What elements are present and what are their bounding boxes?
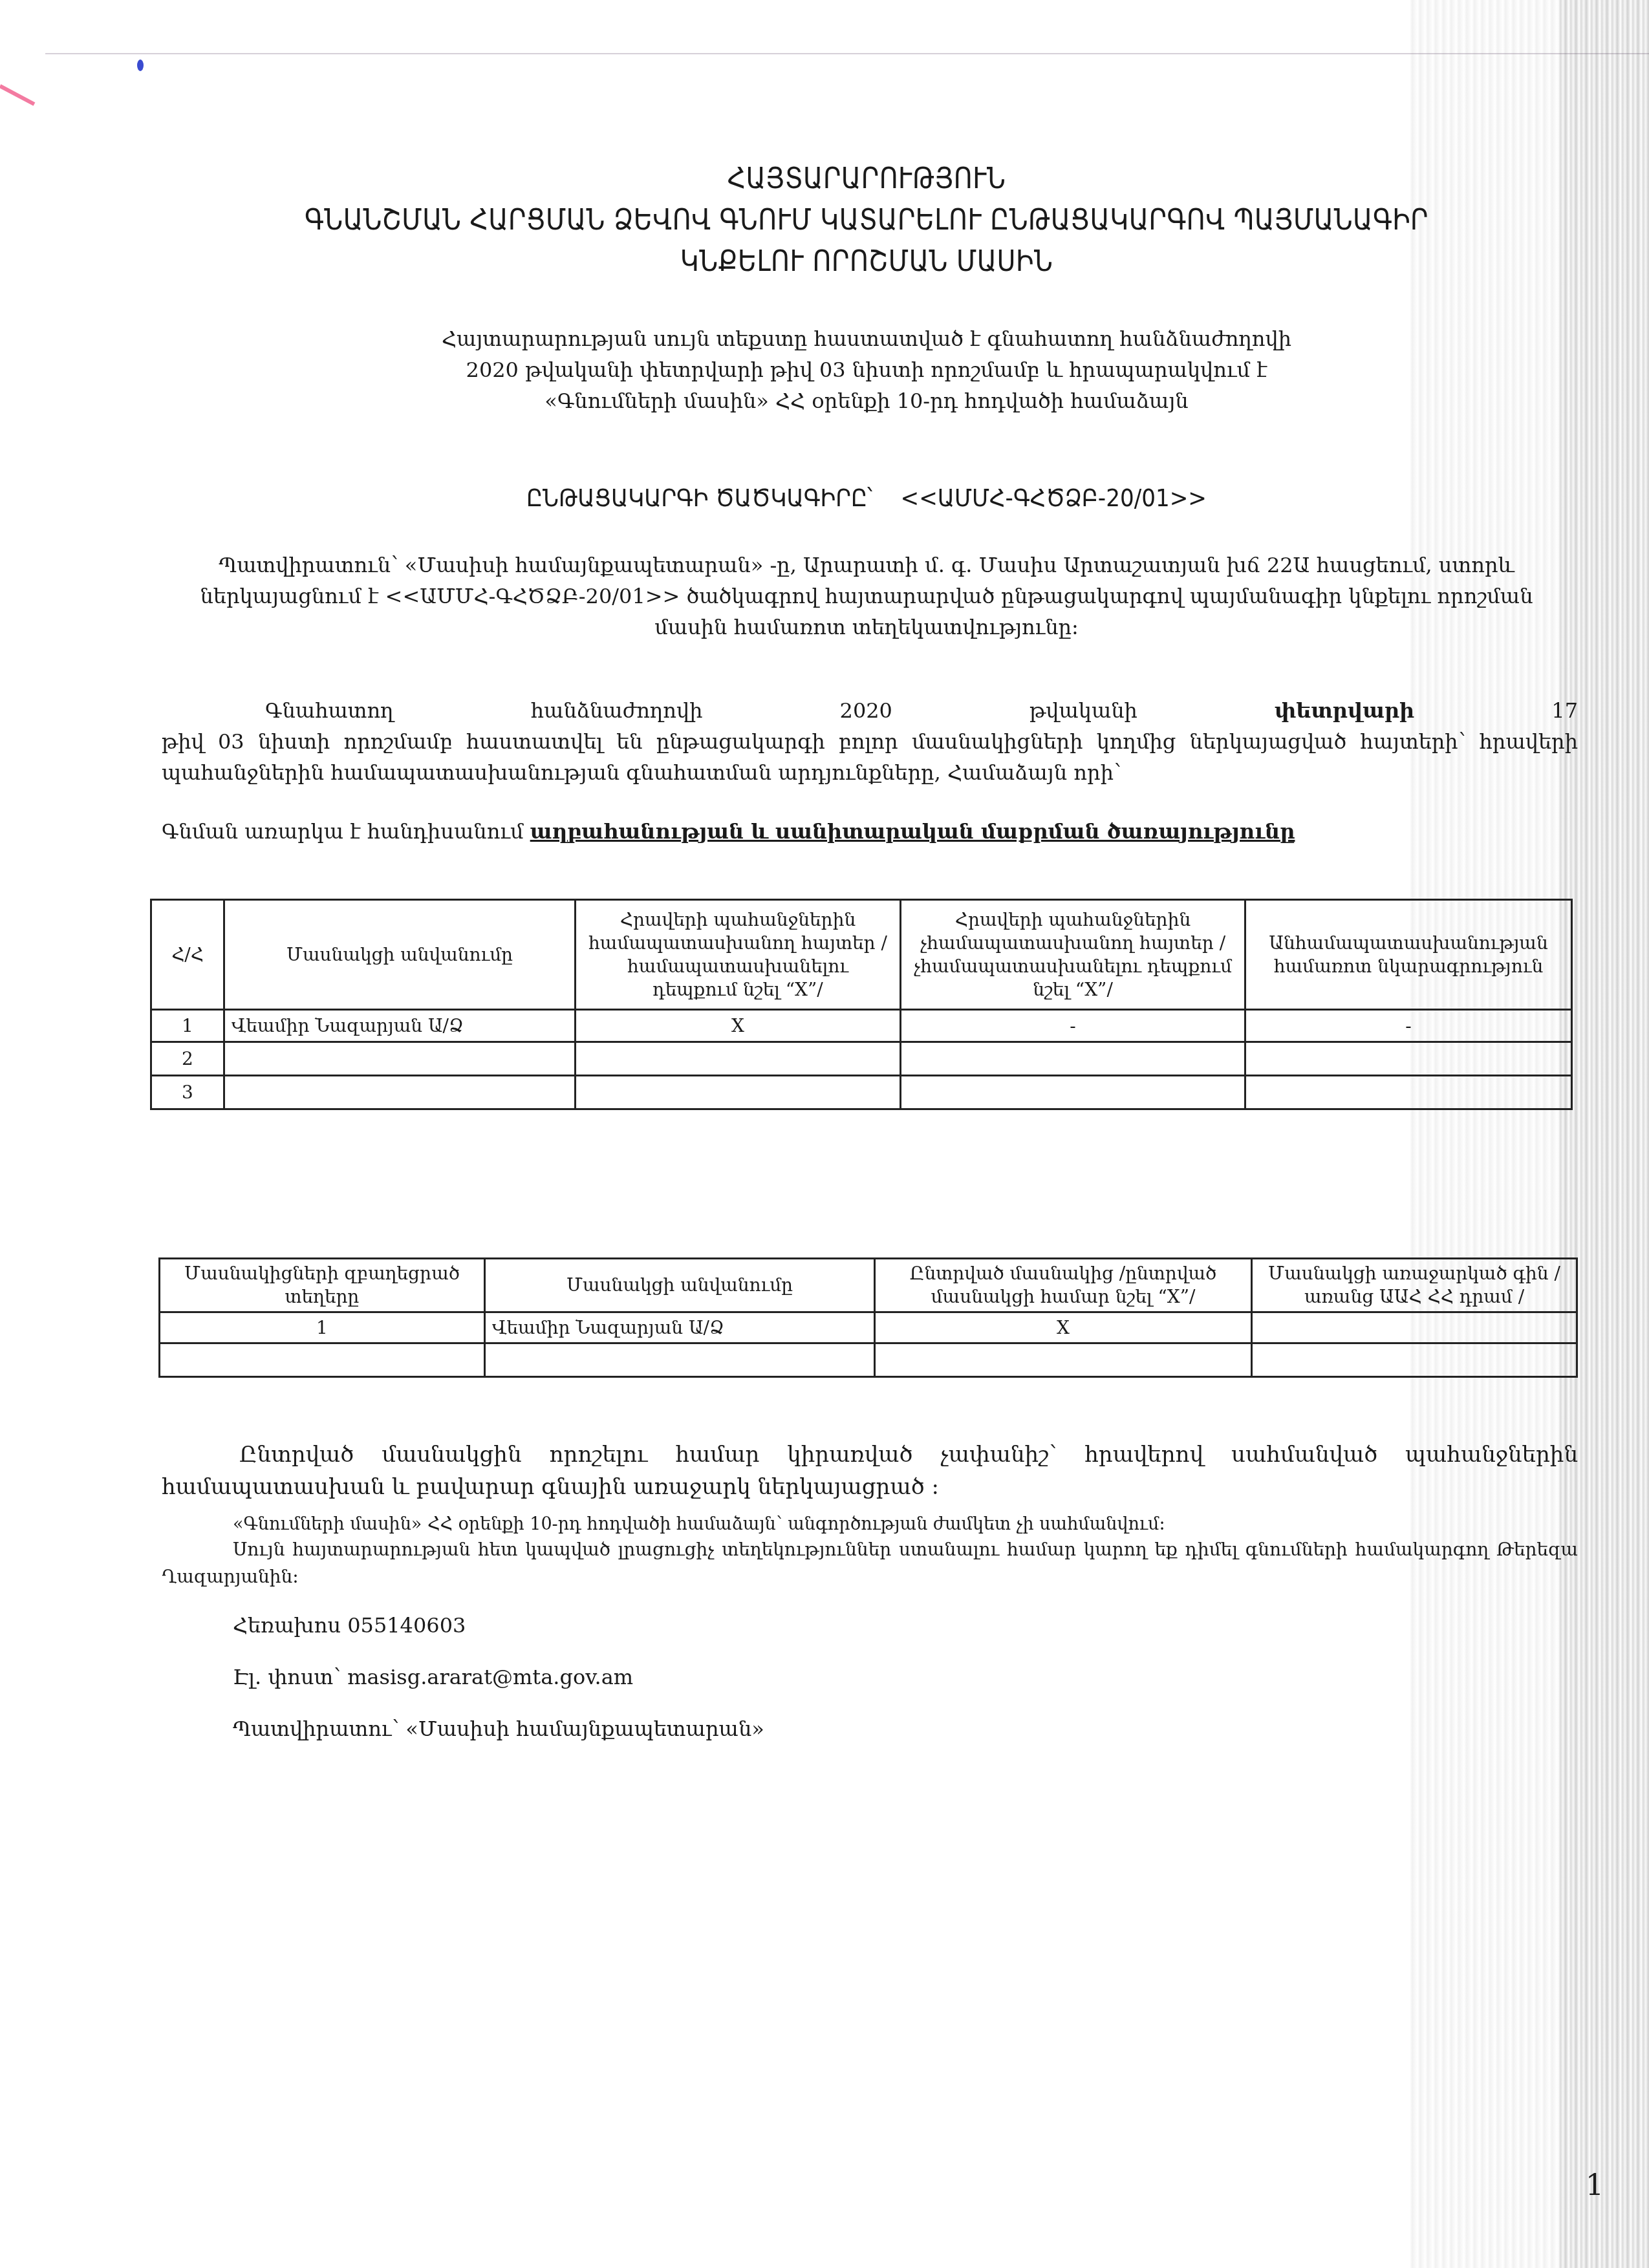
cell-participant: Վեամիր Նազարյան Ա/Ձ	[485, 1312, 875, 1343]
bids-evaluation-table: Հ/Հ Մասնակցի անվանումը Հրավերի պահանջներ…	[150, 899, 1573, 1110]
approval-note: Հայտարարության սույն տեքստը հաստատված է …	[149, 323, 1584, 416]
standstill-note: «Գնումների մասին» ՀՀ օրենքի 10-րդ հոդված…	[233, 1512, 1649, 1537]
title-line: ՀԱՅՏԱՐԱՐՈՒԹՅՈՒՆ	[149, 158, 1584, 200]
header-cell: Հրավերի պահանջներին համապատասխանող հայտե…	[576, 900, 901, 1010]
procedure-code: <<ԱՄՄՀ-ԳՀԾՁԲ-20/01>>	[900, 484, 1207, 512]
procurement-subject: Գնման առարկա է հանդիսանում աղբահանության…	[162, 816, 1597, 847]
table-row: 2	[151, 1042, 1572, 1076]
table-header-row: Մասնակիցների զբաղեցրած տեղերը Մասնակցի ա…	[160, 1259, 1577, 1312]
document-title: ՀԱՅՏԱՐԱՐՈՒԹՅՈՒՆ ԳՆԱՆՇՄԱՆ ՀԱՐՑՄԱՆ ՁԵՎՈՎ Գ…	[149, 158, 1584, 283]
cell-description: -	[1245, 1010, 1572, 1042]
table-header-row: Հ/Հ Մասնակցի անվանումը Հրավերի պահանջներ…	[151, 900, 1572, 1010]
header-cell: Անհամապատասխանության համառոտ նկարագրությ…	[1245, 900, 1572, 1010]
contact-phone: Հեռախոս 055140603	[233, 1610, 1649, 1641]
table-row: 1 Վեամիր Նազարյան Ա/Ձ X	[160, 1312, 1577, 1343]
cell-noncompliant: -	[901, 1010, 1245, 1042]
header-cell: Հ/Հ	[151, 900, 224, 1010]
procedure-code-label: ԸՆԹԱՑԱԿԱՐԳԻ ԾԱԾԿԱԳԻՐԸ՝	[526, 484, 872, 512]
evaluation-first-line: Գնահատող հանձնաժողովի 2020 թվականի փետրվ…	[162, 695, 1578, 726]
table-row: 1 Վեամիր Նազարյան Ա/Ձ X - -	[151, 1010, 1572, 1042]
ink-mark	[137, 59, 144, 71]
customer-intro: Պատվիրատուն՝ «Մասիսի համայնքապետարան» -ը…	[162, 550, 1571, 643]
cell-index: 2	[151, 1042, 224, 1076]
evaluation-rest: թիվ 03 նիստի որոշմամբ հաստատվել են ընթաց…	[162, 726, 1578, 788]
subject-value: աղբահանության և սանիտարական մաքրման ծառա…	[530, 819, 1295, 844]
cell-index: 1	[151, 1010, 224, 1042]
cell-noncompliant	[901, 1076, 1245, 1109]
word: փետրվարի	[1275, 695, 1414, 726]
cell-compliant	[576, 1076, 901, 1109]
cell-participant	[224, 1076, 576, 1109]
cell-place: 1	[160, 1312, 485, 1343]
cell-index: 3	[151, 1076, 224, 1109]
approval-line: Հայտարարության սույն տեքստը հաստատված է …	[149, 323, 1584, 354]
winner-table: Մասնակիցների զբաղեցրած տեղերը Մասնակցի ա…	[158, 1257, 1578, 1378]
header-cell: Մասնակցի առաջարկած գին /առանց ԱԱՀ ՀՀ դրա…	[1252, 1259, 1577, 1312]
cell-participant	[485, 1343, 875, 1377]
table-row: 3	[151, 1076, 1572, 1109]
header-cell: Մասնակցի անվանումը	[224, 900, 576, 1010]
word: թվականի	[1029, 695, 1137, 726]
word: Գնահատող	[265, 695, 394, 726]
cell-price	[1252, 1343, 1577, 1377]
cell-participant	[224, 1042, 576, 1076]
title-line: ԿՆՔԵԼՈՒ ՈՐՈՇՄԱՆ ՄԱՍԻՆ	[149, 241, 1584, 283]
header-cell: Հրավերի պահանջներին չհամապատասխանող հայտ…	[901, 900, 1245, 1010]
cell-price	[1252, 1312, 1577, 1343]
approval-line: «Գնումների մասին» ՀՀ օրենքի 10-րդ հոդված…	[149, 385, 1584, 416]
title-line: ԳՆԱՆՇՄԱՆ ՀԱՐՑՄԱՆ ՁԵՎՈՎ ԳՆՈՒՄ ԿԱՏԱՐԵԼՈՒ Ը…	[149, 200, 1584, 241]
table-row	[160, 1343, 1577, 1377]
procedure-code-heading: ԸՆԹԱՑԱԿԱՐԳԻ ԾԱԾԿԱԳԻՐԸ՝ <<ԱՄՄՀ-ԳՀԾՁԲ-20/0…	[149, 484, 1584, 512]
header-cell: Մասնակիցների զբաղեցրած տեղերը	[160, 1259, 485, 1312]
cell-participant: Վեամիր Նազարյան Ա/Ձ	[224, 1010, 576, 1042]
approval-line: 2020 թվականի փետրվարի թիվ 03 նիստի որոշմ…	[149, 354, 1584, 385]
word: 17	[1551, 695, 1578, 726]
customer-signature: Պատվիրատու՝ «Մասիսի համայնքապետարան»	[233, 1713, 1649, 1744]
selection-criterion: Ընտրված մասնակցին որոշելու համար կիրառվա…	[162, 1439, 1578, 1503]
header-cell: Ընտրված մասնակից /ընտրված մասնակցի համար…	[875, 1259, 1252, 1312]
word: 2020	[840, 695, 892, 726]
subject-label: Գնման առարկա է հանդիսանում	[162, 819, 530, 844]
scan-artifact-line	[45, 53, 1649, 54]
cell-compliant: X	[576, 1010, 901, 1042]
contact-intro: Սույն հայտարարության հետ կապված լրացուցի…	[162, 1536, 1578, 1590]
cell-selected	[875, 1343, 1252, 1377]
pen-mark	[0, 84, 35, 105]
cell-noncompliant	[901, 1042, 1245, 1076]
page-number: 1	[1586, 2169, 1604, 2202]
cell-selected: X	[875, 1312, 1252, 1343]
cell-description	[1245, 1042, 1572, 1076]
evaluation-paragraph: Գնահատող հանձնաժողովի 2020 թվականի փետրվ…	[162, 695, 1578, 788]
contact-email: Էլ. փոստ՝ masisg.ararat@mta.gov.am	[233, 1662, 1649, 1693]
header-cell: Մասնակցի անվանումը	[485, 1259, 875, 1312]
word: հանձնաժողովի	[531, 695, 703, 726]
cell-description	[1245, 1076, 1572, 1109]
cell-place	[160, 1343, 485, 1377]
cell-compliant	[576, 1042, 901, 1076]
